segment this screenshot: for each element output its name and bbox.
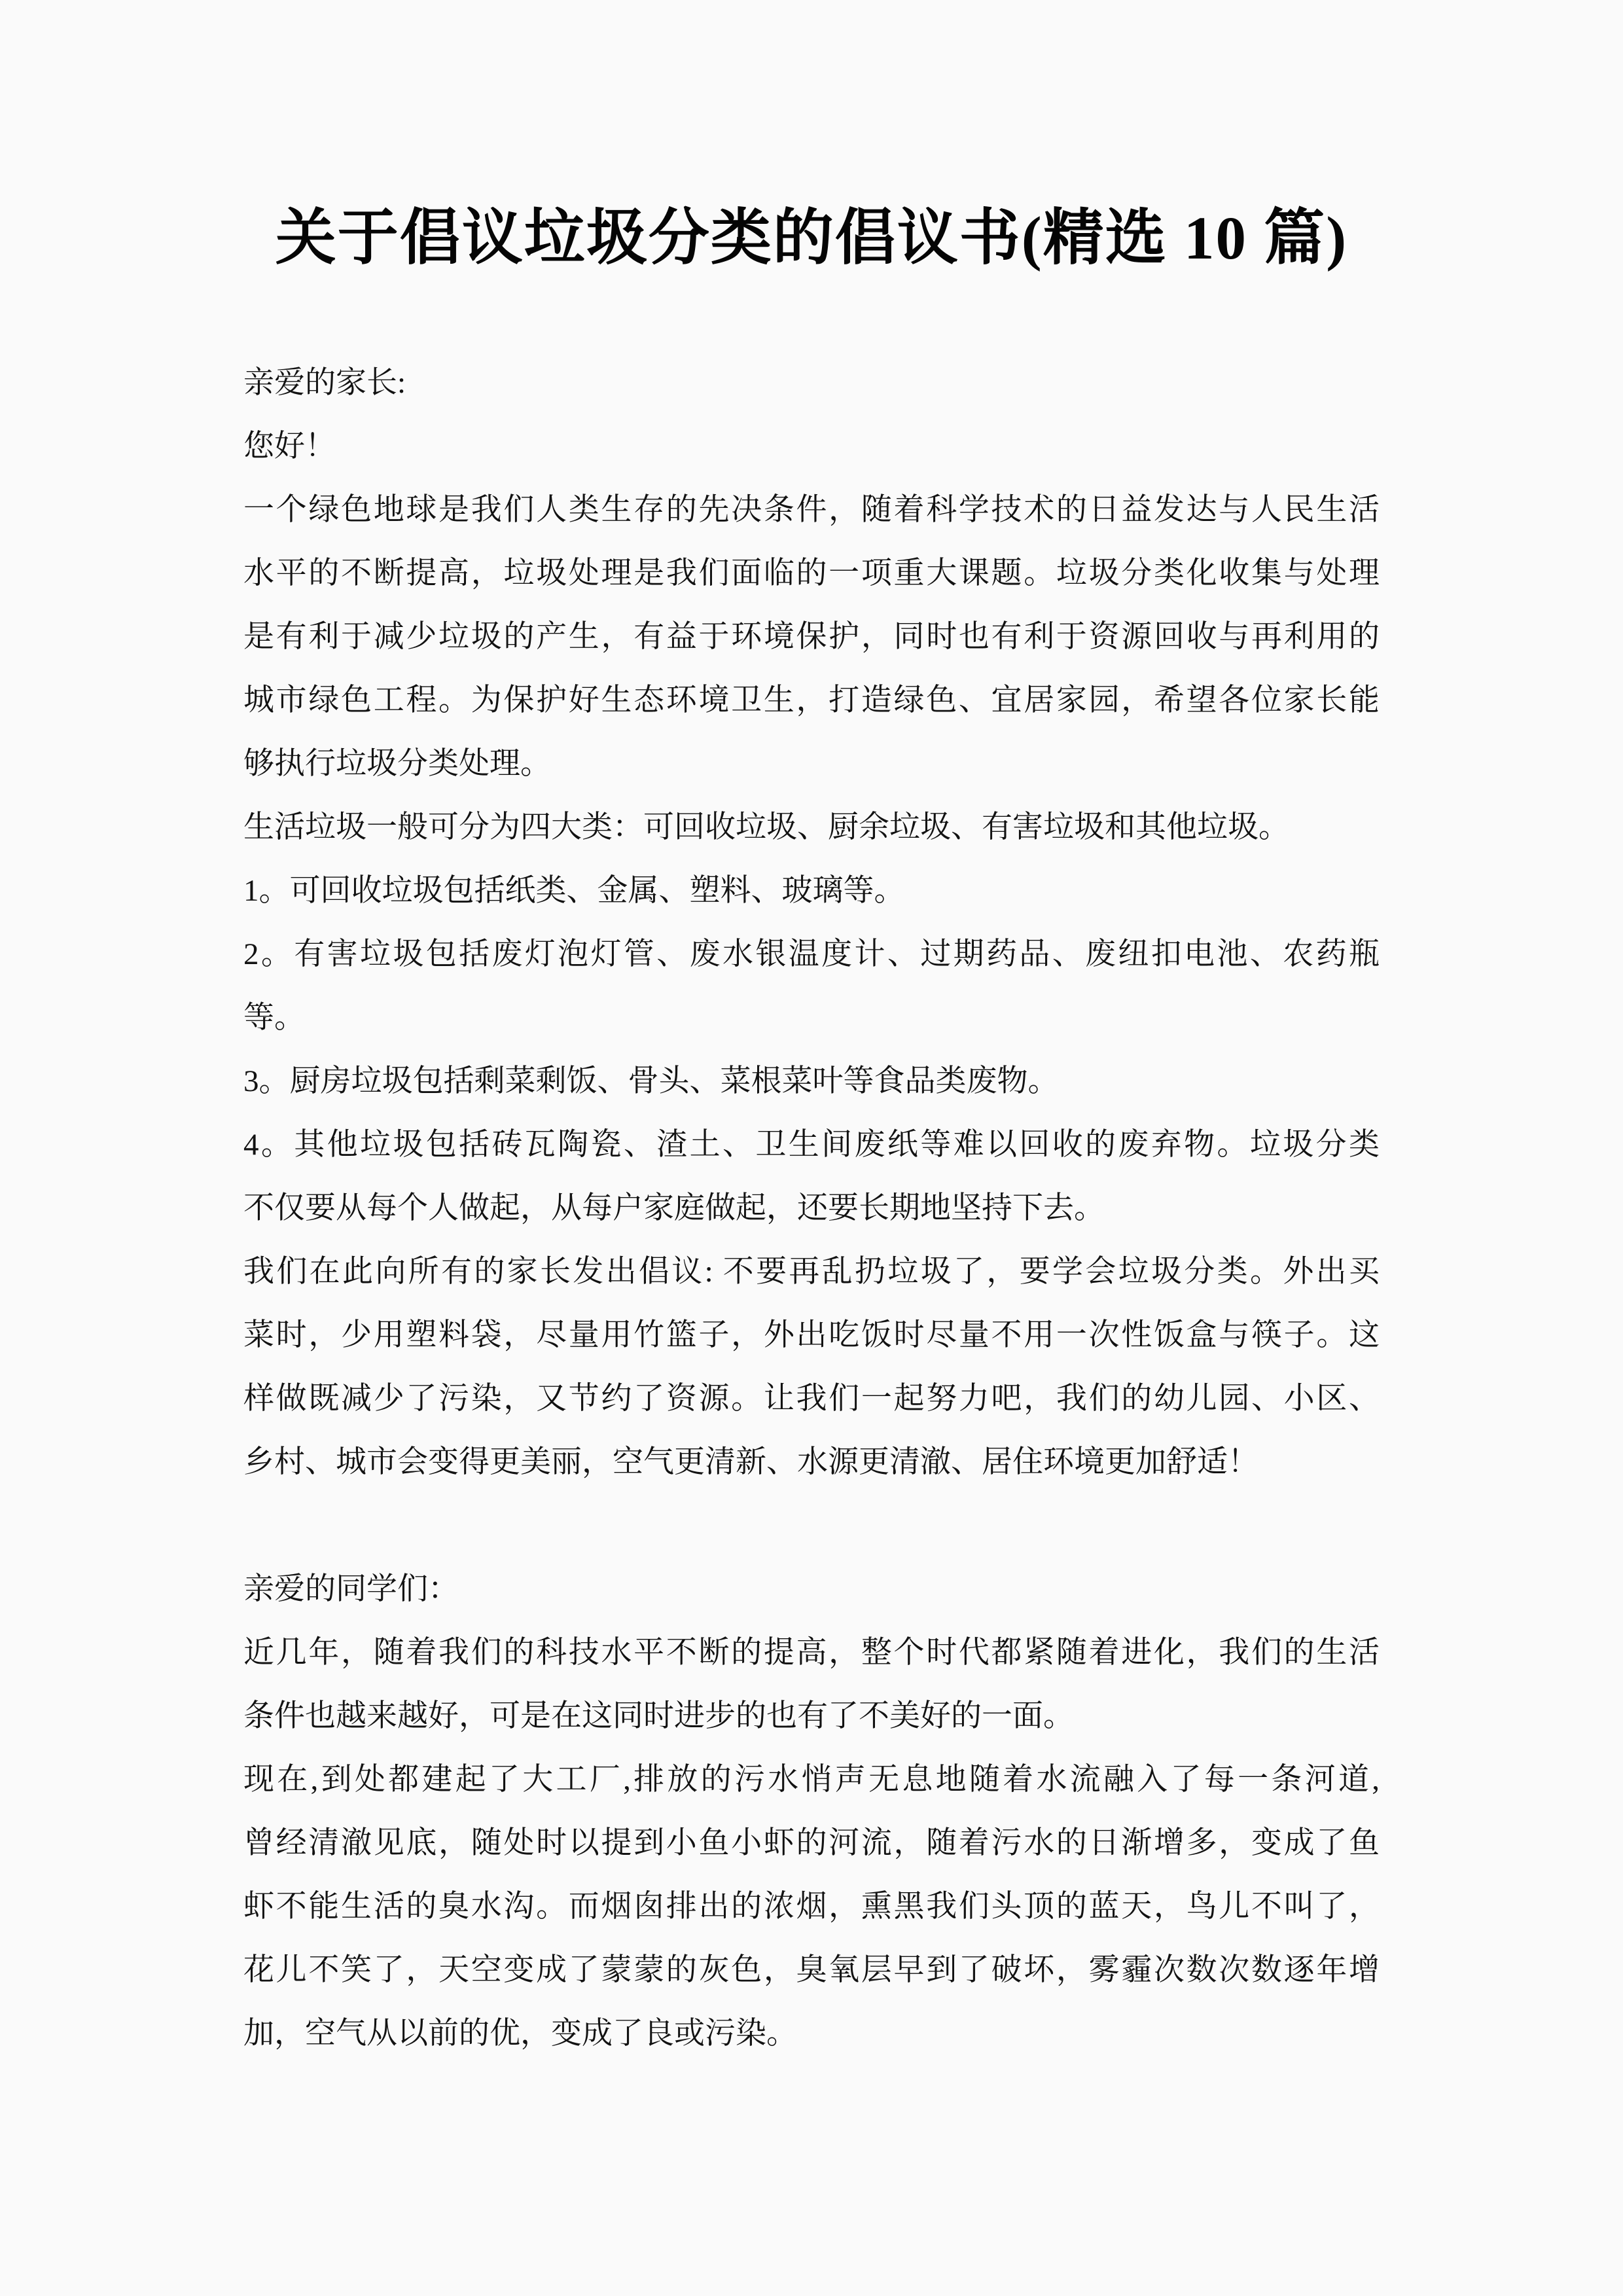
text-line: 曾经清澈见底，随处时以提到小鱼小虾的河流，随着污水的日渐增多，变成了鱼 bbox=[243, 1812, 1380, 1875]
text-line: 菜时，少用塑料袋，尽量用竹篮子，外出吃饭时尽量不用一次性饭盒与筷子。这 bbox=[243, 1304, 1380, 1367]
text-line: 够执行垃圾分类处理。 bbox=[243, 732, 1380, 796]
text-line: 亲爱的同学们： bbox=[243, 1558, 1380, 1621]
text-line: 样做既减少了污染，又节约了资源。让我们一起努力吧，我们的幼儿园、小区、 bbox=[243, 1367, 1380, 1431]
text-line: 亲爱的家长: bbox=[243, 351, 1380, 415]
text-line: 1。可回收垃圾包括纸类、金属、塑料、玻璃等。 bbox=[243, 859, 1380, 923]
text-line: 一个绿色地球是我们人类生存的先决条件，随着科学技术的日益发达与人民生活 bbox=[243, 478, 1380, 542]
text-line: 虾不能生活的臭水沟。而烟囱排出的浓烟，熏黑我们头顶的蓝天，鸟儿不叫了， bbox=[243, 1875, 1380, 1939]
text-line: 条件也越来越好，可是在这同时进步的也有了不美好的一面。 bbox=[243, 1685, 1380, 1748]
text-line: 花儿不笑了，天空变成了蒙蒙的灰色，臭氧层早到了破坏，雾霾次数次数逐年增 bbox=[243, 1939, 1380, 2002]
text-line: 4。其他垃圾包括砖瓦陶瓷、渣土、卫生间废纸等难以回收的废弃物。垃圾分类 bbox=[243, 1113, 1380, 1177]
text-line: 您好！ bbox=[243, 415, 1380, 478]
text-line bbox=[243, 1494, 1380, 1558]
text-line: 2。有害垃圾包括废灯泡灯管、废水银温度计、过期药品、废纽扣电池、农药瓶 bbox=[243, 923, 1380, 986]
document-page: 关于倡议垃圾分类的倡议书(精选 10 篇) 亲爱的家长:您好！一个绿色地球是我们… bbox=[0, 0, 1623, 2296]
text-line: 3。厨房垃圾包括剩菜剩饭、骨头、菜根菜叶等食品类废物。 bbox=[243, 1050, 1380, 1113]
text-line: 不仅要从每个人做起，从每户家庭做起，还要长期地坚持下去。 bbox=[243, 1177, 1380, 1240]
text-line: 现在,到处都建起了大工厂,排放的污水悄声无息地随着水流融入了每一条河道, bbox=[243, 1748, 1380, 1812]
text-line: 城市绿色工程。为保护好生态环境卫生，打造绿色、宜居家园，希望各位家长能 bbox=[243, 669, 1380, 732]
text-line: 近几年，随着我们的科技水平不断的提高，整个时代都紧随着进化，我们的生活 bbox=[243, 1621, 1380, 1685]
text-line: 是有利于减少垃圾的产生，有益于环境保护，同时也有利于资源回收与再利用的 bbox=[243, 605, 1380, 669]
text-line: 乡村、城市会变得更美丽，空气更清新、水源更清澈、居住环境更加舒适！ bbox=[243, 1431, 1380, 1494]
text-line: 我们在此向所有的家长发出倡议: 不要再乱扔垃圾了，要学会垃圾分类。外出买 bbox=[243, 1240, 1380, 1304]
text-line: 等。 bbox=[243, 986, 1380, 1050]
document-title: 关于倡议垃圾分类的倡议书(精选 10 篇) bbox=[0, 0, 1623, 281]
text-line: 加，空气从以前的优，变成了良或污染。 bbox=[243, 2002, 1380, 2066]
text-line: 水平的不断提高，垃圾处理是我们面临的一项重大课题。垃圾分类化收集与处理 bbox=[243, 542, 1380, 605]
text-line: 生活垃圾一般可分为四大类：可回收垃圾、厨余垃圾、有害垃圾和其他垃圾。 bbox=[243, 796, 1380, 859]
document-body: 亲爱的家长:您好！一个绿色地球是我们人类生存的先决条件，随着科学技术的日益发达与… bbox=[243, 351, 1380, 2066]
